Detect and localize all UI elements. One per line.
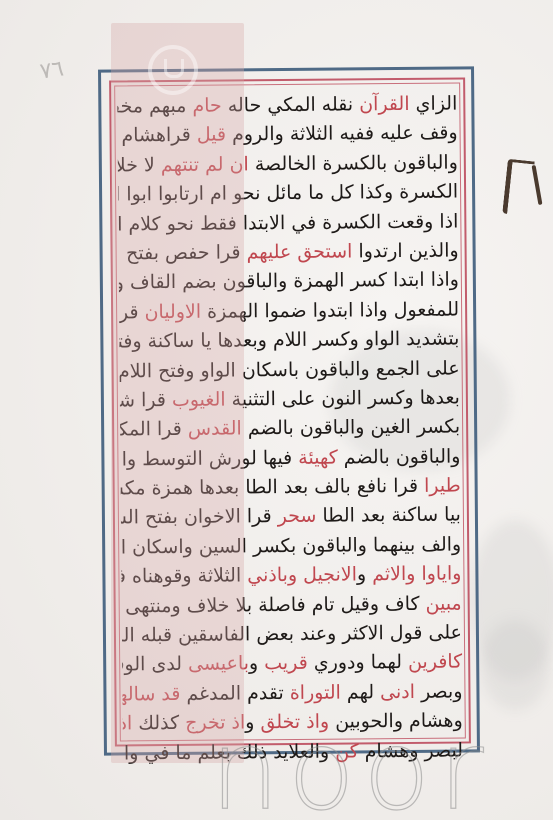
text-segment: والباقون بالضم (338, 445, 461, 468)
rubric-word: مبين (425, 592, 461, 614)
text-segment: وبصر (415, 680, 463, 702)
text-segment: وقف عليه ففيه الثلاثة والروم (226, 122, 458, 146)
rubric-word: والاثم (372, 563, 415, 585)
margin-ink-mark (502, 159, 535, 217)
rubric-word: واياوا (421, 563, 461, 585)
rubric-word: كهيئة (298, 446, 338, 468)
rubric-word: ادنى (380, 681, 415, 703)
rubric-word: قريب (264, 652, 308, 674)
rubric-word: القرآن (359, 93, 410, 115)
text-segment: بكسر الغين والباقون بالضم (242, 416, 461, 440)
text-segment: لهما ودوري (308, 651, 409, 674)
rubric-word: كافرين (408, 651, 462, 673)
text-segment: بعدها وكسر النون على التثنية (225, 386, 459, 410)
text-segment: و (357, 564, 372, 586)
rubric-word: استحق عليهم (246, 240, 352, 263)
watermark-text: noor (210, 715, 492, 820)
watermark-logo-icon (148, 45, 198, 95)
rubric-word: الانجيل (303, 564, 357, 586)
rubric-word: سحر (278, 505, 317, 527)
rubric-word: طيرا (424, 475, 461, 497)
text-segment: بيا ساكنة بعد الطا (316, 504, 461, 527)
text-segment: والباقون بالكسرة الخالصة (249, 151, 458, 175)
margin-ink-mark (532, 165, 543, 205)
text-segment: الزاي (409, 93, 457, 115)
rubric-word: وباذني (247, 564, 297, 586)
folio-number: ٧٦ (38, 56, 65, 84)
manuscript-page: ٧٦ الزاي القرآن نقله المكي حاله حام مبهم… (0, 0, 553, 820)
text-segment: لهم (341, 681, 380, 703)
text-segment: والذين ارتدوا (352, 239, 458, 262)
rubric-word: التوراة (290, 681, 341, 703)
text-segment: و (249, 653, 264, 675)
paper-stain (480, 620, 550, 710)
watermark-band (111, 23, 244, 763)
